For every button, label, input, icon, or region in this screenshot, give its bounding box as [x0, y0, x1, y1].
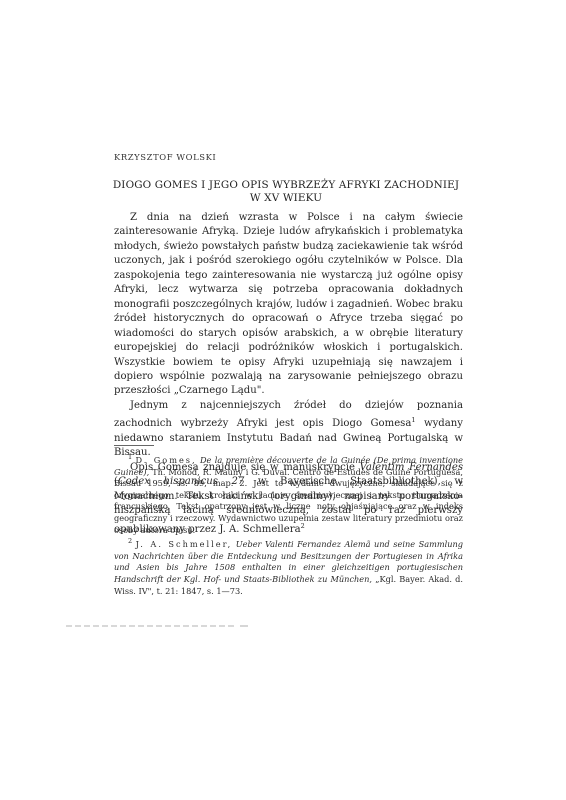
- scan-artifact-line: [66, 625, 236, 627]
- footnote-2-author: J. A. Schmeller,: [136, 539, 233, 549]
- title-line-1: DIOGO GOMES I JEGO OPIS WYBRZEŻY AFRYKI …: [110, 179, 462, 192]
- scan-artifact-mark: [240, 625, 248, 627]
- footnote-2-number: 2: [128, 537, 132, 545]
- footnote-1-number: 1: [128, 453, 132, 461]
- paragraph-1: Z dnia na dzień wzrasta w Polsce i na ca…: [114, 211, 463, 399]
- footnote-1-author: D. Gomes,: [136, 455, 197, 465]
- article-title: DIOGO GOMES I JEGO OPIS WYBRZEŻY AFRYKI …: [110, 179, 462, 205]
- scanned-page: KRZYSZTOF WOLSKI DIOGO GOMES I JEGO OPIS…: [0, 0, 566, 800]
- title-line-2: W XV WIEKU: [110, 192, 462, 205]
- footnote-2: 2 J. A. Schmeller, Ueber Valenti Fernand…: [114, 536, 463, 597]
- paragraph-2-text-before: Jednym z najcenniejszych źródeł do dziej…: [114, 400, 463, 429]
- footnotes: 1 D. Gomes, De la première découverte de…: [114, 452, 463, 597]
- footnote-1: 1 D. Gomes, De la première découverte de…: [114, 452, 463, 536]
- article-author: KRZYSZTOF WOLSKI: [114, 152, 216, 162]
- footnote-1-rest: Th. Monod, R. Mauny i G. Duval. Centro d…: [114, 467, 463, 535]
- footnote-separator: [114, 445, 154, 446]
